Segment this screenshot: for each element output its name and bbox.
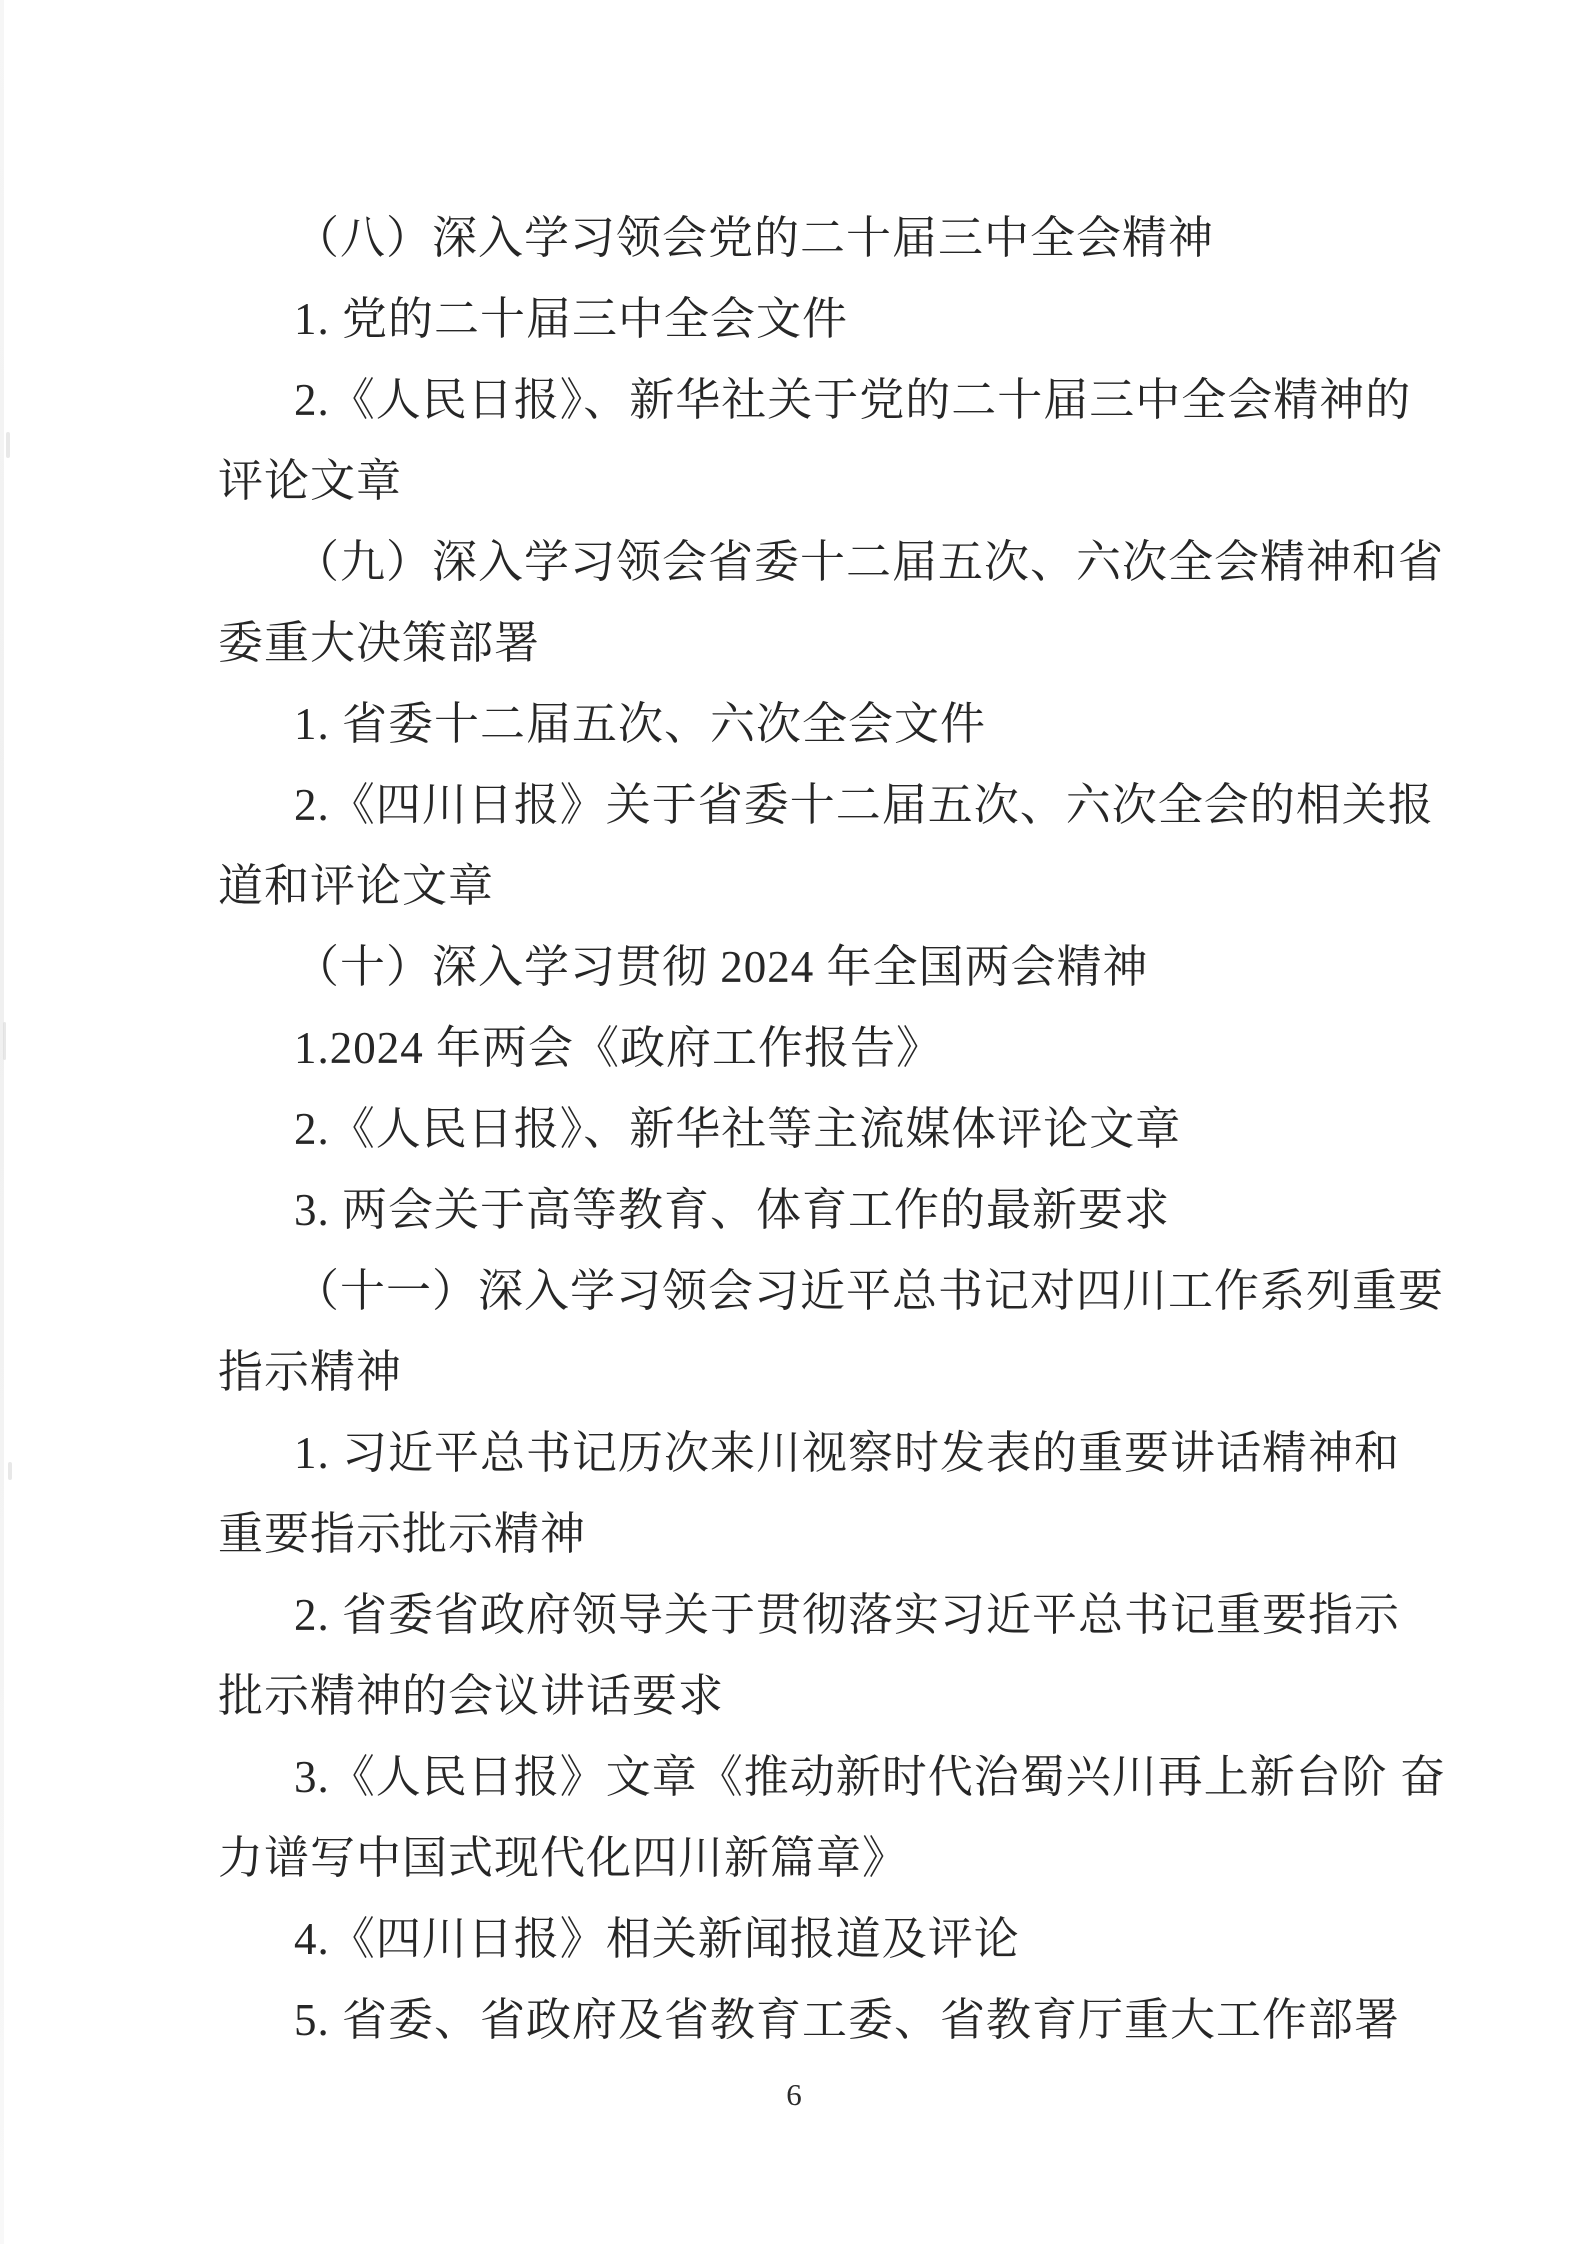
scan-noise-speck bbox=[8, 1462, 12, 1480]
list-item-continuation: 力谱写中国式现代化四川新篇章》 bbox=[218, 1818, 1408, 1899]
list-item: 4.《四川日报》相关新闻报道及评论 bbox=[218, 1899, 1408, 1980]
list-item: 2.《四川日报》关于省委十二届五次、六次全会的相关报 bbox=[218, 765, 1408, 846]
section-heading: （十）深入学习贯彻 2024 年全国两会精神 bbox=[218, 927, 1408, 1008]
list-item: 2. 省委省政府领导关于贯彻落实习近平总书记重要指示 bbox=[218, 1575, 1408, 1656]
section-heading: （十一）深入学习领会习近平总书记对四川工作系列重要 bbox=[218, 1251, 1408, 1332]
list-item: 1. 习近平总书记历次来川视察时发表的重要讲话精神和 bbox=[218, 1413, 1408, 1494]
list-item: 2.《人民日报》、新华社等主流媒体评论文章 bbox=[218, 1089, 1408, 1170]
list-item: 1. 党的二十届三中全会文件 bbox=[218, 279, 1408, 360]
list-item-continuation: 道和评论文章 bbox=[218, 846, 1408, 927]
document-body: （八）深入学习领会党的二十届三中全会精神 1. 党的二十届三中全会文件 2.《人… bbox=[218, 198, 1408, 2061]
list-item: 2.《人民日报》、新华社关于党的二十届三中全会精神的 bbox=[218, 360, 1408, 441]
scan-edge-artifact bbox=[0, 0, 4, 2244]
list-item: 3. 两会关于高等教育、体育工作的最新要求 bbox=[218, 1170, 1408, 1251]
document-page: （八）深入学习领会党的二十届三中全会精神 1. 党的二十届三中全会文件 2.《人… bbox=[0, 0, 1588, 2244]
scan-noise-speck bbox=[6, 432, 10, 458]
list-item-continuation: 评论文章 bbox=[218, 441, 1408, 522]
list-item: 3.《人民日报》文章《推动新时代治蜀兴川再上新台阶 奋 bbox=[218, 1737, 1408, 1818]
page-number: 6 bbox=[0, 2078, 1588, 2112]
section-heading: （八）深入学习领会党的二十届三中全会精神 bbox=[218, 198, 1408, 279]
heading-continuation: 委重大决策部署 bbox=[218, 603, 1408, 684]
list-item: 1.2024 年两会《政府工作报告》 bbox=[218, 1008, 1408, 1089]
list-item-continuation: 重要指示批示精神 bbox=[218, 1494, 1408, 1575]
scan-noise-speck bbox=[3, 1022, 6, 1060]
list-item-continuation: 批示精神的会议讲话要求 bbox=[218, 1656, 1408, 1737]
section-heading: （九）深入学习领会省委十二届五次、六次全会精神和省 bbox=[218, 522, 1408, 603]
list-item: 1. 省委十二届五次、六次全会文件 bbox=[218, 684, 1408, 765]
heading-continuation: 指示精神 bbox=[218, 1332, 1408, 1413]
list-item: 5. 省委、省政府及省教育工委、省教育厅重大工作部署 bbox=[218, 1980, 1408, 2061]
